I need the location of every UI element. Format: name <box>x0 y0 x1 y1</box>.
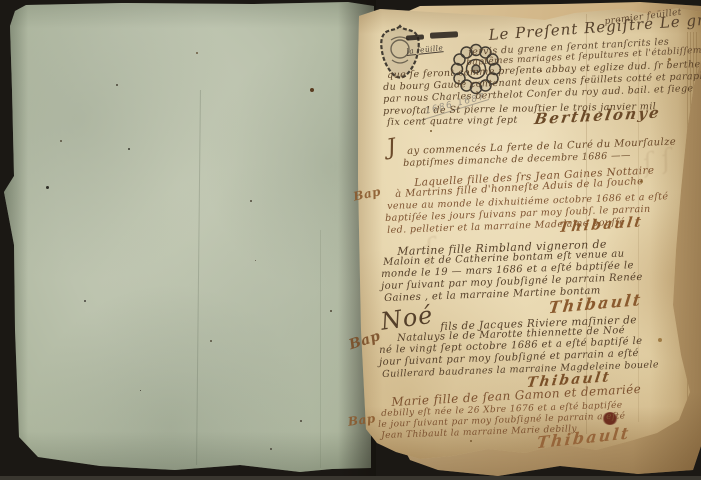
book-cover <box>2 0 376 474</box>
shield-stamp-icon <box>377 24 423 80</box>
page-crease <box>638 42 639 422</box>
page-crease <box>586 14 587 434</box>
cover-crease <box>320 230 321 468</box>
scan-root: premier feüilletLe Preſent Regiſtre Le g… <box>0 0 701 480</box>
rosette-stamp-icon <box>450 42 502 96</box>
scanner-edge-strip <box>0 476 701 480</box>
ink-blot <box>602 412 618 425</box>
